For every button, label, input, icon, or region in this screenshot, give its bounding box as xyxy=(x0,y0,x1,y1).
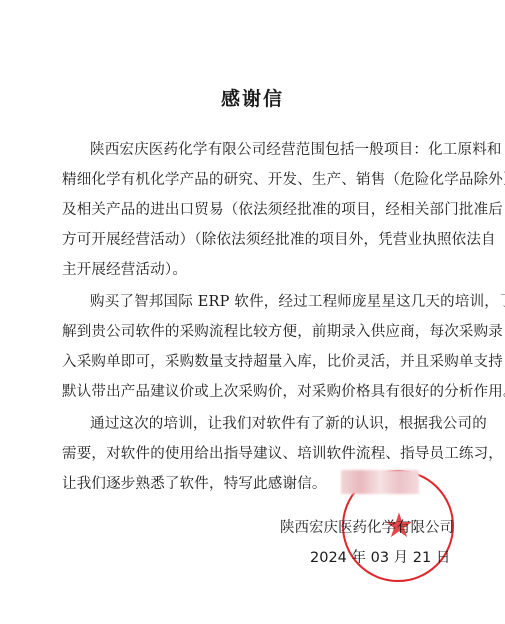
body-line: 通过这次的培训，让我们对软件有了新的认识，根据我公司的 xyxy=(90,412,487,433)
signature-company: 陕西宏庆医药化学有限公司 xyxy=(280,516,454,537)
body-line: 需要，对软件的使用给出指导建议、培训软件流程、指导员工练习， xyxy=(62,442,503,463)
body-line: 购买了智邦国际 ERP 软件，经过工程师庞星星这几天的培训，了 xyxy=(90,290,505,311)
body-line: 主开展经营活动）。 xyxy=(62,258,187,279)
body-line: 及相关产品的进出口贸易（依法须经批准的项目，经相关部门批准后 xyxy=(62,198,503,219)
letter-title: 感谢信 xyxy=(0,84,505,111)
body-line: 解到贵公司软件的采购流程比较方便，前期录入供应商，每次采购录 xyxy=(62,320,503,341)
body-line: 陕西宏庆医药化学有限公司经营范围包括一般项目：化工原料和 xyxy=(90,138,502,159)
body-line: 精细化学有机化学产品的研究、开发、生产、销售（危险化学品除外） xyxy=(62,168,505,189)
redacted-area xyxy=(341,470,419,494)
signature-date: 2024 年 03 月 21 日 xyxy=(310,546,450,567)
body-line: 入采购单即可，采购数量支持超量入库，比价灵活，并且采购单支持 xyxy=(62,350,503,371)
body-line: 默认带出产品建议价或上次采购价，对采购价格具有很好的分析作用。 xyxy=(62,380,505,401)
body-line: 让我们逐步熟悉了软件，特写此感谢信。 xyxy=(62,472,327,493)
body-line: 方可开展经营活动）（除依法须经批准的项目外，凭营业执照依法自 xyxy=(62,228,496,249)
